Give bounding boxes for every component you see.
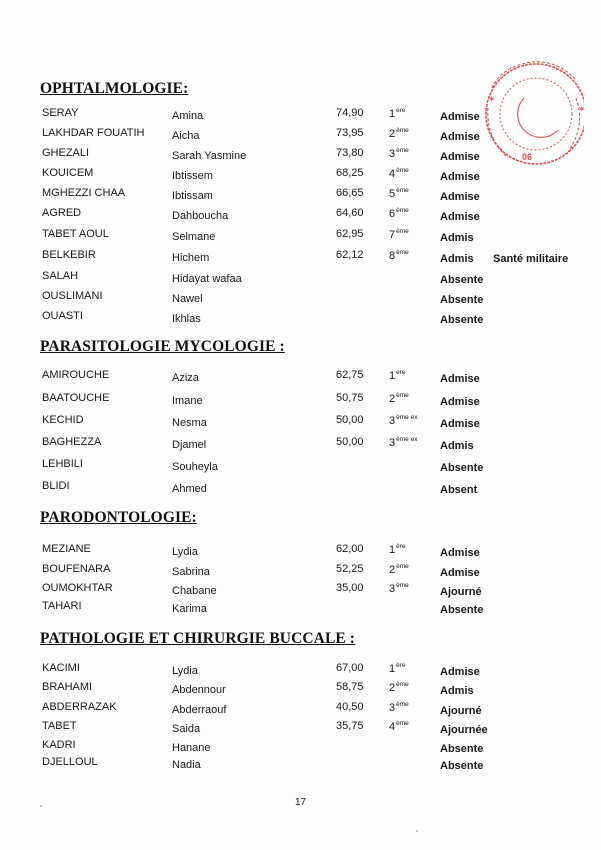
rank-suffix: ème [396, 127, 409, 134]
first-name: Karima [172, 603, 207, 615]
svg-text:✶: ✶ [488, 94, 496, 104]
status: Absente [440, 274, 483, 286]
status: Admise [440, 191, 480, 203]
score: 50,75 [336, 392, 364, 404]
rank: 1ère [389, 543, 406, 556]
status: Admise [440, 151, 480, 163]
rank [389, 290, 390, 303]
score: 35,00 [336, 582, 364, 594]
last-name: AMIROUCHE [42, 369, 109, 381]
rank: 1ere [389, 107, 406, 120]
rank-suffix: ème [396, 207, 409, 214]
status: Admis [440, 440, 474, 452]
result-row: LAKHDAR FOUATIHAicha73,952èmeAdmise [0, 127, 601, 145]
rank: 2ème [389, 127, 409, 140]
status: Absente [440, 314, 483, 326]
status: Absente [440, 604, 483, 616]
last-name: TAHARI [42, 600, 82, 612]
section-title: PARODONTOLOGIE: [40, 509, 197, 527]
score: 58,75 [336, 681, 364, 693]
first-name: Abdennour [172, 684, 226, 696]
rank-suffix: ere [396, 369, 405, 376]
status: Admis [440, 253, 474, 265]
result-row: DJELLOULNadiaAbsente [0, 756, 601, 774]
score: 52,25 [336, 563, 364, 575]
rank-suffix: ème [396, 249, 409, 256]
score: 66,65 [336, 187, 364, 199]
last-name: MGHEZZI CHAA [42, 187, 125, 199]
status: Absent [440, 484, 477, 496]
rank [389, 458, 390, 471]
result-row: LEHBILISouheylaAbsente [0, 458, 601, 476]
rank: 6ème [389, 207, 409, 220]
rank: 4ème [389, 720, 409, 733]
result-row: GHEZALISarah Yasmine73,803èmeAdmise [0, 147, 601, 165]
last-name: ABDERRAZAK [42, 701, 117, 713]
score: 40,50 [336, 701, 364, 713]
last-name: BLIDI [42, 480, 70, 492]
result-row: KECHIDNesma50,003ème exAdmise [0, 414, 601, 432]
status: Admise [440, 211, 480, 223]
last-name: DJELLOUL [42, 756, 98, 768]
rank [389, 270, 390, 283]
first-name: Selmane [172, 231, 215, 243]
score: 50,00 [336, 436, 364, 448]
status: Admise [440, 171, 480, 183]
rank-suffix: ème [396, 720, 409, 727]
last-name: KECHID [42, 414, 84, 426]
status: Admise [440, 373, 480, 385]
result-row: BAATOUCHEImane50,752èmeAdmise [0, 392, 601, 410]
rank [389, 756, 390, 769]
rank-suffix: ère [396, 662, 405, 669]
status: Admise [440, 666, 480, 678]
rank: 2ème [389, 392, 409, 405]
last-name: SALAH [42, 270, 78, 282]
score: 62,12 [336, 249, 364, 261]
first-name: Sarah Yasmine [172, 150, 246, 162]
first-name: Djamel [172, 439, 206, 451]
first-name: Souheyla [172, 461, 218, 473]
first-name: Saida [172, 723, 200, 735]
result-row: TAHARIKarimaAbsente [0, 600, 601, 618]
rank-suffix: ème [396, 392, 409, 399]
rank-suffix: ème [396, 582, 409, 589]
status: Absente [440, 294, 483, 306]
status: Absente [440, 462, 483, 474]
first-name: Nadia [172, 759, 201, 771]
rank-suffix: ème ex [396, 436, 417, 443]
score: 73,95 [336, 127, 364, 139]
result-row: AMIROUCHEAziza62,751ereAdmise [0, 369, 601, 387]
rank-suffix: ère [396, 543, 405, 550]
last-name: KACIMI [42, 662, 80, 674]
result-row: KOUICEMIbtissem68,254èmeAdmise [0, 167, 601, 185]
first-name: Aicha [172, 130, 200, 142]
first-name: Ibtissem [172, 170, 213, 182]
rank: 3ème ex [389, 414, 417, 427]
rank [389, 310, 390, 323]
last-name: BRAHAMI [42, 681, 92, 693]
score: 50,00 [336, 414, 364, 426]
first-name: Hanane [172, 742, 211, 754]
document-page: OPHTALMOLOGIE:SERAYAmina74,901ereAdmiseL… [0, 0, 601, 850]
rank-suffix: ème [396, 563, 409, 570]
first-name: Lydia [172, 665, 198, 677]
score: 68,25 [336, 167, 364, 179]
score: 62,95 [336, 228, 364, 240]
first-name: Ibtissam [172, 190, 213, 202]
scan-speck [40, 805, 42, 807]
rank: 3ème [389, 582, 409, 595]
rank: 2ème [389, 681, 409, 694]
score: 35,75 [336, 720, 364, 732]
last-name: BELKEBIR [42, 249, 96, 261]
first-name: Lydia [172, 546, 198, 558]
status: Admis [440, 232, 474, 244]
status: Admise [440, 547, 480, 559]
status: Absente [440, 760, 483, 772]
rank [389, 739, 390, 752]
result-row: ABDERRAZAKAbderraouf40,503èmeAjourné [0, 701, 601, 719]
last-name: BOUFENARA [42, 563, 110, 575]
rank-suffix: ème [396, 147, 409, 154]
status: Absente [440, 743, 483, 755]
score: 62,75 [336, 369, 364, 381]
scan-speck [416, 830, 418, 832]
last-name: SERAY [42, 107, 78, 119]
last-name: LEHBILI [42, 458, 83, 470]
last-name: LAKHDAR FOUATIH [42, 127, 144, 139]
rank-suffix: ere [396, 107, 405, 114]
last-name: BAATOUCHE [42, 392, 109, 404]
status: Admise [440, 418, 480, 430]
rank: 4ème [389, 167, 409, 180]
rank: 7ème [389, 228, 409, 241]
last-name: MEZIANE [42, 543, 91, 555]
score: 73,80 [336, 147, 364, 159]
last-name: OUSLIMANI [42, 290, 103, 302]
status: Admise [440, 111, 480, 123]
score: 62,00 [336, 543, 364, 555]
result-row: MEZIANELydia62,001èreAdmise [0, 543, 601, 561]
result-row: OUASTIIkhlasAbsente [0, 310, 601, 328]
section-title: PARASITOLOGIE MYCOLOGIE : [40, 338, 285, 356]
first-name: Imane [172, 395, 203, 407]
status: Ajourné [440, 705, 482, 717]
rank-suffix: ème [396, 187, 409, 194]
result-row: BOUFENARASabrina52,252èmeAdmise [0, 563, 601, 581]
page-number: 17 [295, 797, 306, 808]
result-row: KADRIHananeAbsente [0, 739, 601, 757]
first-name: Nesma [172, 417, 207, 429]
result-row: AGREDDahboucha64,606èmeAdmise [0, 207, 601, 225]
rank: 5ème [389, 187, 409, 200]
result-row: KACIMILydia67,001èreAdmise [0, 662, 601, 680]
result-row: SALAHHidayat wafaaAbsente [0, 270, 601, 288]
note: Santé militaire [493, 253, 568, 265]
result-row: BLIDIAhmedAbsent [0, 480, 601, 498]
first-name: Abderraouf [172, 704, 226, 716]
rank [389, 600, 390, 613]
rank-suffix: ème [396, 681, 409, 688]
result-row: BELKEBIRHichem62,128èmeAdmisSanté milita… [0, 249, 601, 267]
last-name: BAGHEZZA [42, 436, 101, 448]
last-name: KOUICEM [42, 167, 93, 179]
rank: 1ère [389, 662, 406, 675]
result-row: OUSLIMANINawelAbsente [0, 290, 601, 308]
last-name: TABET [42, 720, 77, 732]
score: 67,00 [336, 662, 364, 674]
status: Admise [440, 131, 480, 143]
section-title: PATHOLOGIE ET CHIRURGIE BUCCALE : [40, 630, 355, 648]
rank: 3ème [389, 147, 409, 160]
last-name: GHEZALI [42, 147, 89, 159]
first-name: Ahmed [172, 483, 207, 495]
score: 64,60 [336, 207, 364, 219]
rank-suffix: ème [396, 228, 409, 235]
last-name: KADRI [42, 739, 76, 751]
first-name: Amina [172, 110, 203, 122]
last-name: AGRED [42, 207, 81, 219]
rank: 3ème [389, 701, 409, 714]
score: 74,90 [336, 107, 364, 119]
first-name: Hidayat wafaa [172, 273, 242, 285]
result-row: TABET AOULSelmane62,957èmeAdmis [0, 228, 601, 246]
result-row: SERAYAmina74,901ereAdmise [0, 107, 601, 125]
first-name: Nawel [172, 293, 203, 305]
result-row: MGHEZZI CHAAIbtissam66,655èmeAdmise [0, 187, 601, 205]
rank-suffix: ème [396, 167, 409, 174]
status: Ajournée [440, 724, 488, 736]
rank [389, 480, 390, 493]
result-row: OUMOKHTARChabane35,003èmeAjourné [0, 582, 601, 600]
status: Admise [440, 567, 480, 579]
rank: 2ème [389, 563, 409, 576]
first-name: Hichem [172, 252, 209, 264]
last-name: OUMOKHTAR [42, 582, 113, 594]
first-name: Dahboucha [172, 210, 228, 222]
result-row: BAGHEZZADjamel50,003ème exAdmis [0, 436, 601, 454]
rank: 1ere [389, 369, 406, 382]
result-row: BRAHAMIAbdennour58,752èmeAdmis [0, 681, 601, 699]
result-row: TABETSaida35,754èmeAjournée [0, 720, 601, 738]
rank: 8ème [389, 249, 409, 262]
first-name: Aziza [172, 372, 199, 384]
first-name: Sabrina [172, 566, 210, 578]
status: Ajourné [440, 586, 482, 598]
status: Admise [440, 396, 480, 408]
first-name: Chabane [172, 585, 217, 597]
last-name: OUASTI [42, 310, 83, 322]
rank-suffix: ème [396, 701, 409, 708]
last-name: TABET AOUL [42, 228, 109, 240]
section-title: OPHTALMOLOGIE: [40, 80, 188, 98]
rank: 3ème ex [389, 436, 417, 449]
status: Admis [440, 685, 474, 697]
first-name: Ikhlas [172, 313, 201, 325]
rank-suffix: ème ex [396, 414, 417, 421]
